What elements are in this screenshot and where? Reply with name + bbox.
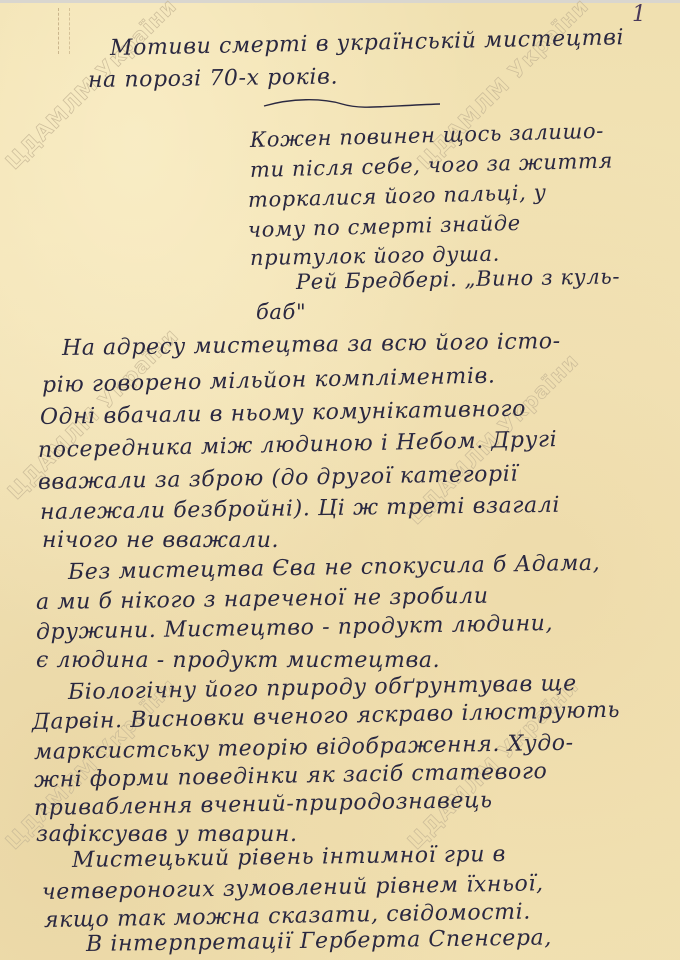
epigraph-line: притулок його душа. bbox=[250, 242, 500, 270]
text-line: Без мистецтва Єва не спокусила б Адама, bbox=[68, 551, 601, 585]
text-line: Мистецький рівень інтимної гри в bbox=[72, 842, 506, 873]
text-line: рію говорено мільйон компліментів. bbox=[42, 364, 496, 398]
text-line: належали безбройні). Ці ж треті взагалі bbox=[40, 493, 560, 525]
epigraph-attribution: Рей Бредбері. „Вино з куль- bbox=[296, 264, 620, 294]
epigraph-line: Кожен повинен щось залишо- bbox=[250, 119, 605, 152]
text-line: нічого не вважали. bbox=[42, 528, 279, 553]
text-line: дружини. Мистецтво - продукт людини, bbox=[36, 611, 553, 645]
epigraph-attribution: баб" bbox=[256, 300, 306, 324]
text-line: є людина - продукт мистецтва. bbox=[36, 648, 440, 673]
text-line: В інтерпретації Герберта Спенсера, bbox=[86, 925, 552, 957]
text-line: зафіксував у тварин. bbox=[36, 822, 298, 847]
epigraph-line: торкалися його пальці, у bbox=[248, 180, 547, 212]
epigraph-line: чому по смерті знайде bbox=[248, 211, 521, 242]
text-line: На адресу мистецтва за всю його істо- bbox=[62, 329, 561, 361]
paper-fold-mark bbox=[58, 8, 70, 54]
page-number: 1 bbox=[632, 2, 646, 27]
document-title-line-2: на порозі 70-х років. bbox=[88, 65, 338, 93]
manuscript-page: ЦДАМЛМ України ЦДАМЛМ України ЦДАМЛМ Укр… bbox=[0, 0, 680, 960]
text-line: а ми б нікого з нареченої не зробили bbox=[36, 584, 489, 615]
epigraph-line: ти після себе, чого за життя bbox=[250, 148, 614, 181]
title-underline bbox=[262, 98, 442, 108]
